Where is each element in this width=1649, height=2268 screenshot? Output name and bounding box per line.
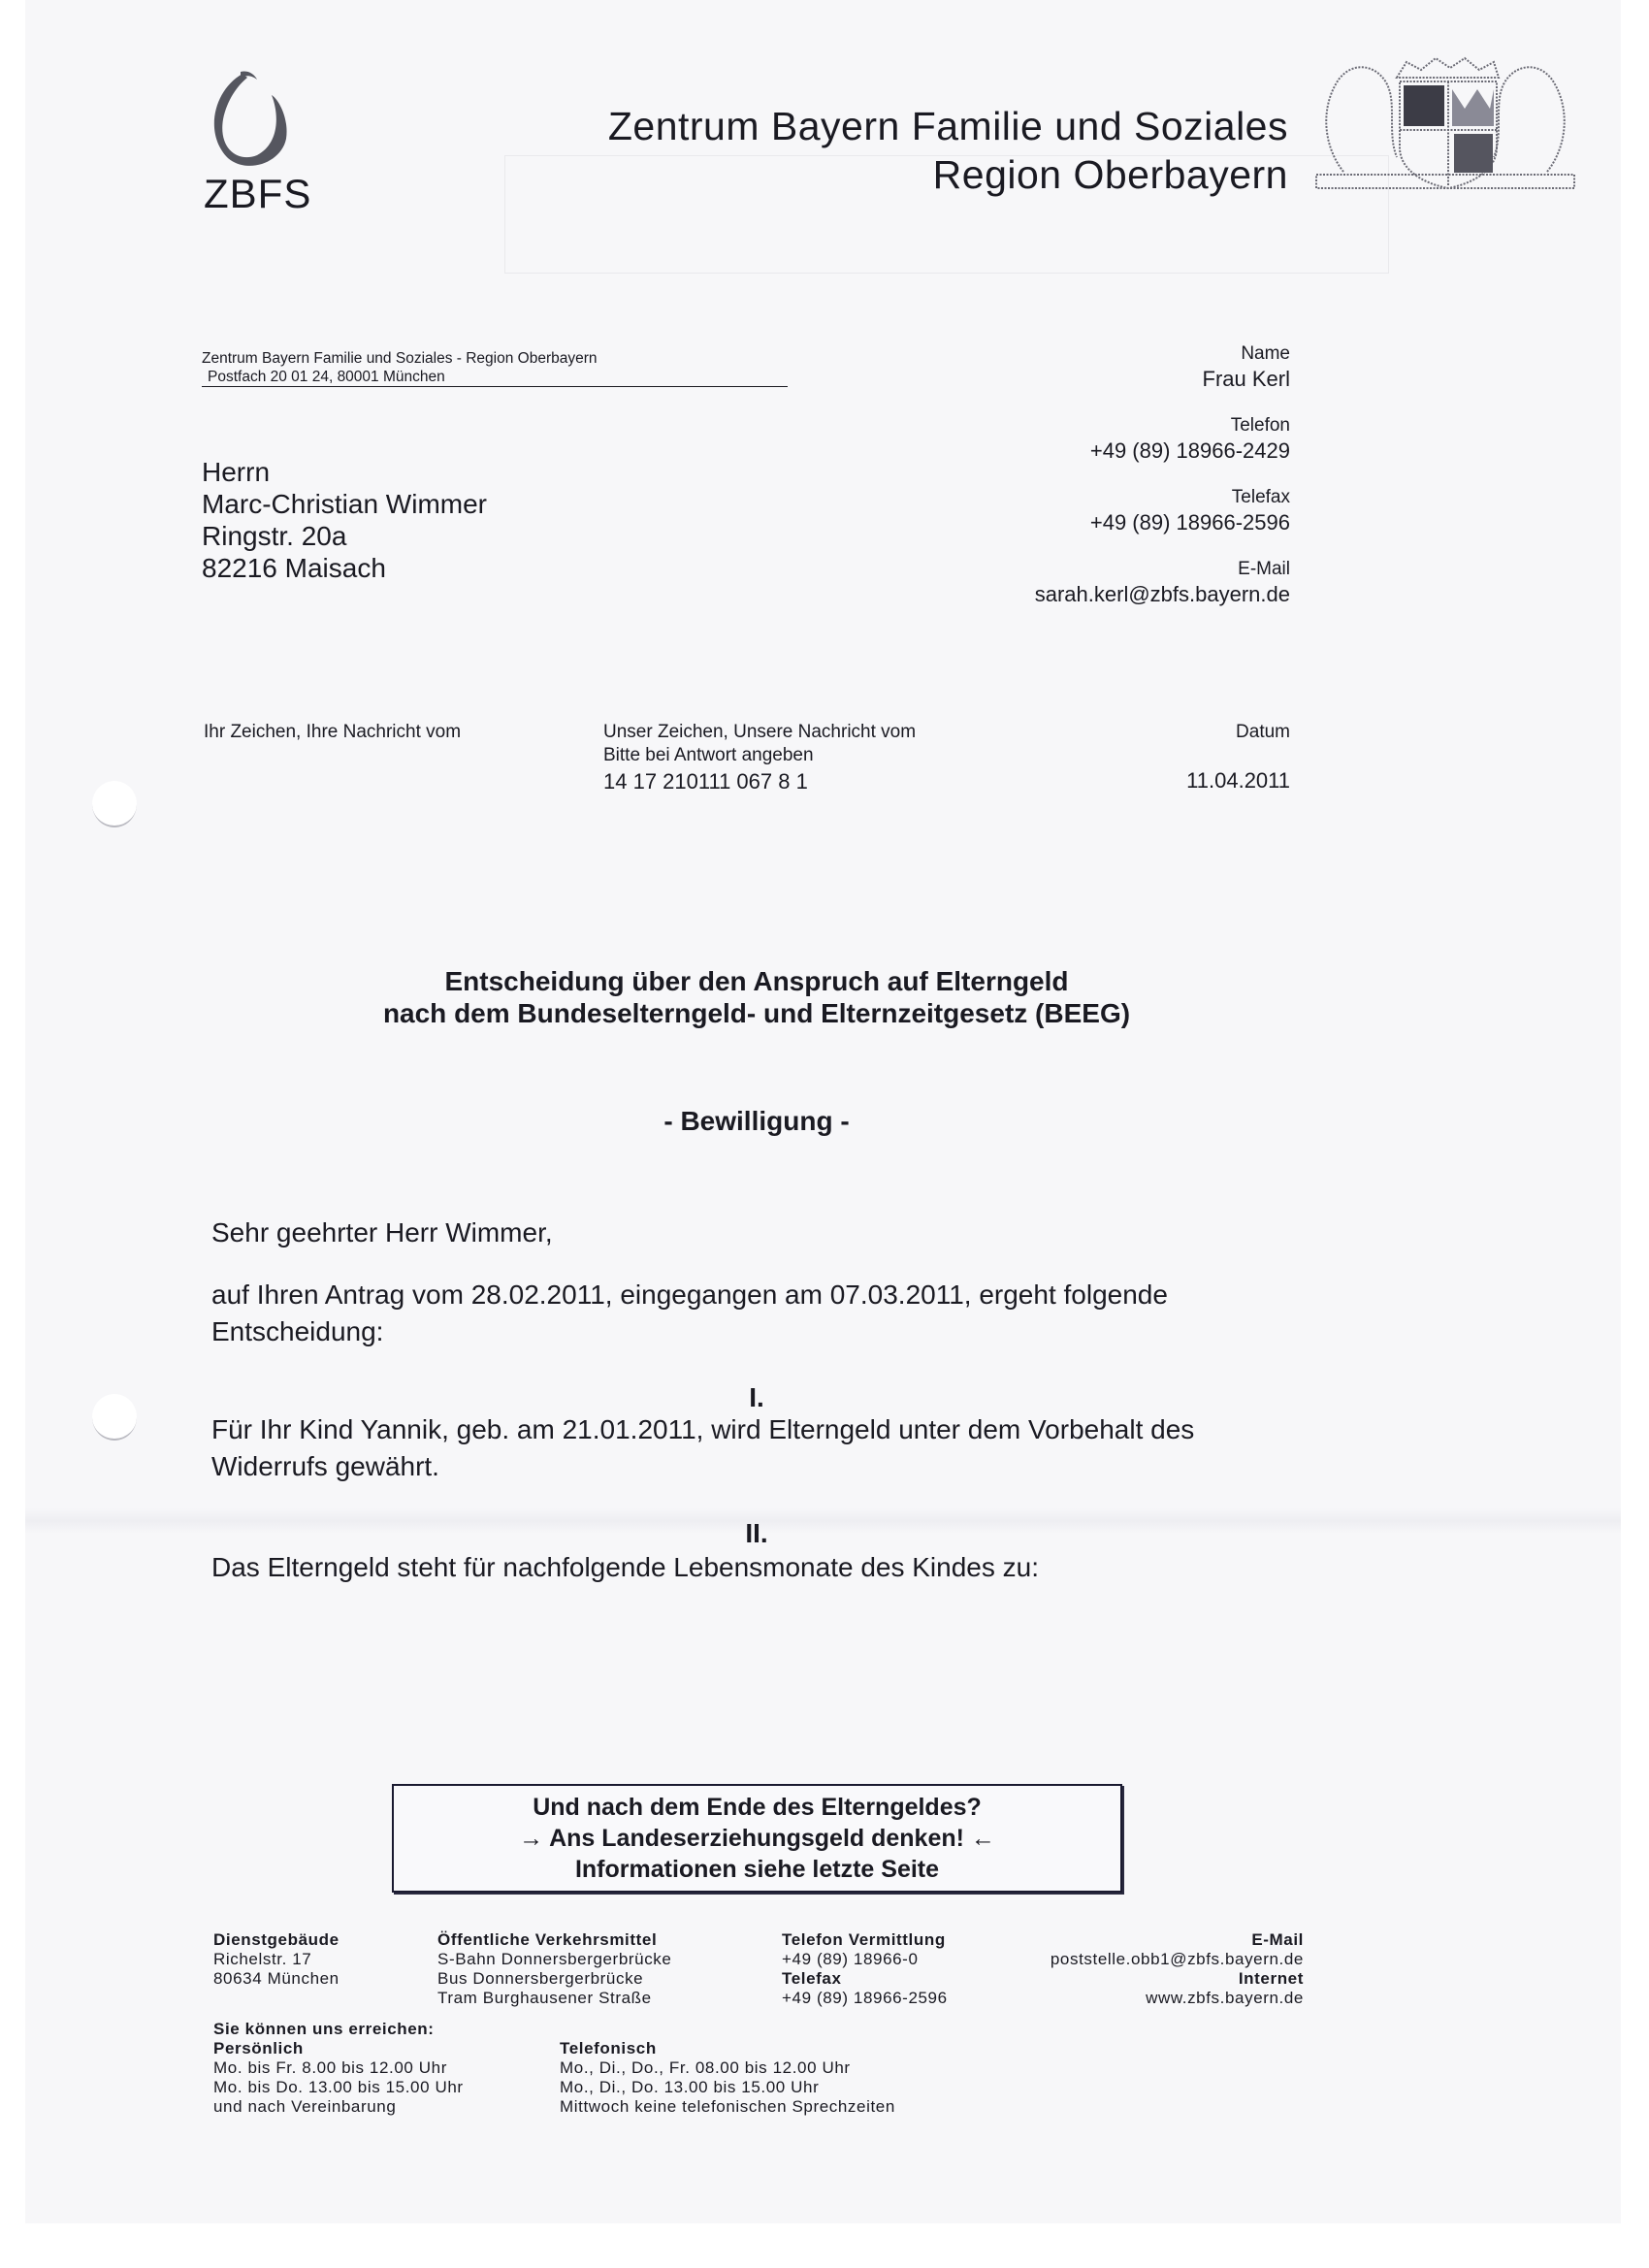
footer-building-street: Richelstr. 17 (213, 1950, 339, 1969)
bavaria-coat-of-arms-icon (1305, 41, 1586, 196)
organization-name: Zentrum Bayern Familie und Soziales (608, 102, 1288, 150)
footer-email-value: poststelle.obb1@zbfs.bayern.de (1051, 1950, 1304, 1969)
notice-line-3: Informationen siehe letzte Seite (394, 1854, 1120, 1885)
return-address-postbox: Postfach 20 01 24, 80001 München (202, 368, 788, 387)
contact-block: Name Frau Kerl Telefon +49 (89) 18966-24… (1035, 342, 1290, 607)
subject-line-1: Entscheidung über den Anspruch auf Elter… (204, 965, 1309, 997)
footer-transit-item: Bus Donnersbergerbrücke (437, 1969, 671, 1989)
notice-line-2: → Ans Landeserziehungsgeld denken! ← (394, 1823, 1120, 1854)
footer-phone: Telefon Vermittlung +49 (89) 18966-0 Tel… (782, 1930, 948, 2008)
footer-transit-item: S-Bahn Donnersbergerbrücke (437, 1950, 671, 1969)
footer-internet-label: Internet (1239, 1969, 1304, 1988)
notice-box: Und nach dem Ende des Elterngeldes? → An… (392, 1784, 1122, 1893)
footer-email-label: E-Mail (1251, 1930, 1304, 1949)
section-1-text: Für Ihr Kind Yannik, geb. am 21.01.2011,… (211, 1411, 1308, 1485)
footer-reach-label: Sie können uns erreichen: (213, 2020, 435, 2038)
recipient-city: 82216 Maisach (202, 552, 487, 584)
arrow-left-icon: ← (971, 1825, 995, 1852)
footer-phone-hours-item: Mo., Di., Do. 13.00 bis 15.00 Uhr (560, 2078, 895, 2097)
punch-hole-bottom (92, 1394, 137, 1441)
contact-phone-label: Telefon (1035, 414, 1290, 437)
arrow-right-icon: → (519, 1825, 543, 1852)
footer-phone-hours-item: Mo., Di., Do., Fr. 08.00 bis 12.00 Uhr (560, 2058, 895, 2078)
footer-transit-item: Tram Burghausener Straße (437, 1989, 671, 2008)
footer-phone-hours-label: Telefonisch (560, 2039, 657, 2057)
intro-paragraph: auf Ihren Antrag vom 28.02.2011, eingega… (211, 1277, 1298, 1350)
footer-building-label: Dienstgebäude (213, 1930, 339, 1949)
footer-switchboard-label: Telefon Vermittlung (782, 1930, 946, 1949)
notice-line-1: Und nach dem Ende des Elterngeldes? (394, 1792, 1120, 1823)
letter-date: Datum 11.04.2011 (1186, 721, 1290, 793)
section-2-label: II. (204, 1518, 1309, 1549)
footer-phone-hours-item: Mittwoch keine telefonischen Sprechzeite… (560, 2097, 895, 2117)
our-reference-hint: Bitte bei Antwort angeben (603, 744, 916, 767)
footer-fax-value: +49 (89) 18966-2596 (782, 1989, 948, 2008)
zbfs-logo-icon (204, 66, 291, 173)
footer-personal-hours: Sie können uns erreichen: Persönlich Mo.… (213, 2020, 464, 2117)
contact-fax: +49 (89) 18966-2596 (1035, 509, 1290, 535)
contact-email: sarah.kerl@zbfs.bayern.de (1035, 581, 1290, 607)
section-1-label: I. (204, 1382, 1309, 1413)
recipient-address: Herrn Marc-Christian Wimmer Ringstr. 20a… (202, 456, 487, 584)
section-2-text: Das Elterngeld steht für nachfolgende Le… (211, 1549, 1327, 1586)
footer-transit: Öffentliche Verkehrsmittel S-Bahn Donner… (437, 1930, 671, 2008)
footer-internet-value: www.zbfs.bayern.de (1051, 1989, 1304, 2008)
our-reference-label: Unser Zeichen, Unsere Nachricht vom (603, 721, 916, 744)
contact-email-label: E-Mail (1035, 558, 1290, 581)
contact-fax-label: Telefax (1035, 486, 1290, 509)
footer-building-city: 80634 München (213, 1969, 339, 1989)
contact-phone: +49 (89) 18966-2429 (1035, 437, 1290, 464)
organization-title: Zentrum Bayern Familie und Soziales Regi… (608, 102, 1288, 199)
subject-line-2: nach dem Bundeselterngeld- und Elternzei… (204, 997, 1309, 1029)
our-reference: Unser Zeichen, Unsere Nachricht vom Bitt… (603, 721, 916, 794)
footer-personal-label: Persönlich (213, 2039, 304, 2057)
greeting: Sehr geehrter Herr Wimmer, (211, 1215, 1327, 1251)
contact-name-label: Name (1035, 342, 1290, 366)
notice-line-2-text: Ans Landeserziehungsgeld denken! (549, 1825, 964, 1852)
footer-personal-hours-item: und nach Vereinbarung (213, 2097, 464, 2117)
logo-text: ZBFS (204, 171, 311, 217)
organization-region: Region Oberbayern (608, 150, 1288, 199)
return-address-org: Zentrum Bayern Familie und Soziales - Re… (202, 349, 788, 368)
date-value: 11.04.2011 (1186, 769, 1290, 793)
recipient-name: Marc-Christian Wimmer (202, 488, 487, 520)
footer-phone-hours: Telefonisch Mo., Di., Do., Fr. 08.00 bis… (560, 2039, 895, 2117)
your-reference-label: Ihr Zeichen, Ihre Nachricht vom (204, 721, 461, 744)
our-reference-number: 14 17 210111 067 8 1 (603, 769, 916, 794)
footer-personal-hours-item: Mo. bis Do. 13.00 bis 15.00 Uhr (213, 2078, 464, 2097)
subject-heading: Entscheidung über den Anspruch auf Elter… (204, 965, 1309, 1029)
recipient-street: Ringstr. 20a (202, 520, 487, 552)
recipient-salutation: Herrn (202, 456, 487, 488)
punch-hole-top (92, 781, 137, 827)
footer-online: E-Mail poststelle.obb1@zbfs.bayern.de In… (1051, 1930, 1304, 2008)
footer-transit-label: Öffentliche Verkehrsmittel (437, 1930, 657, 1949)
footer-building: Dienstgebäude Richelstr. 17 80634 Münche… (213, 1930, 339, 1989)
return-address: Zentrum Bayern Familie und Soziales - Re… (202, 349, 788, 387)
footer-personal-hours-item: Mo. bis Fr. 8.00 bis 12.00 Uhr (213, 2058, 464, 2078)
date-label: Datum (1186, 721, 1290, 744)
footer-fax-label: Telefax (782, 1969, 842, 1988)
grant-heading: - Bewilligung - (204, 1106, 1309, 1137)
contact-name: Frau Kerl (1035, 366, 1290, 392)
footer-switchboard-value: +49 (89) 18966-0 (782, 1950, 948, 1969)
